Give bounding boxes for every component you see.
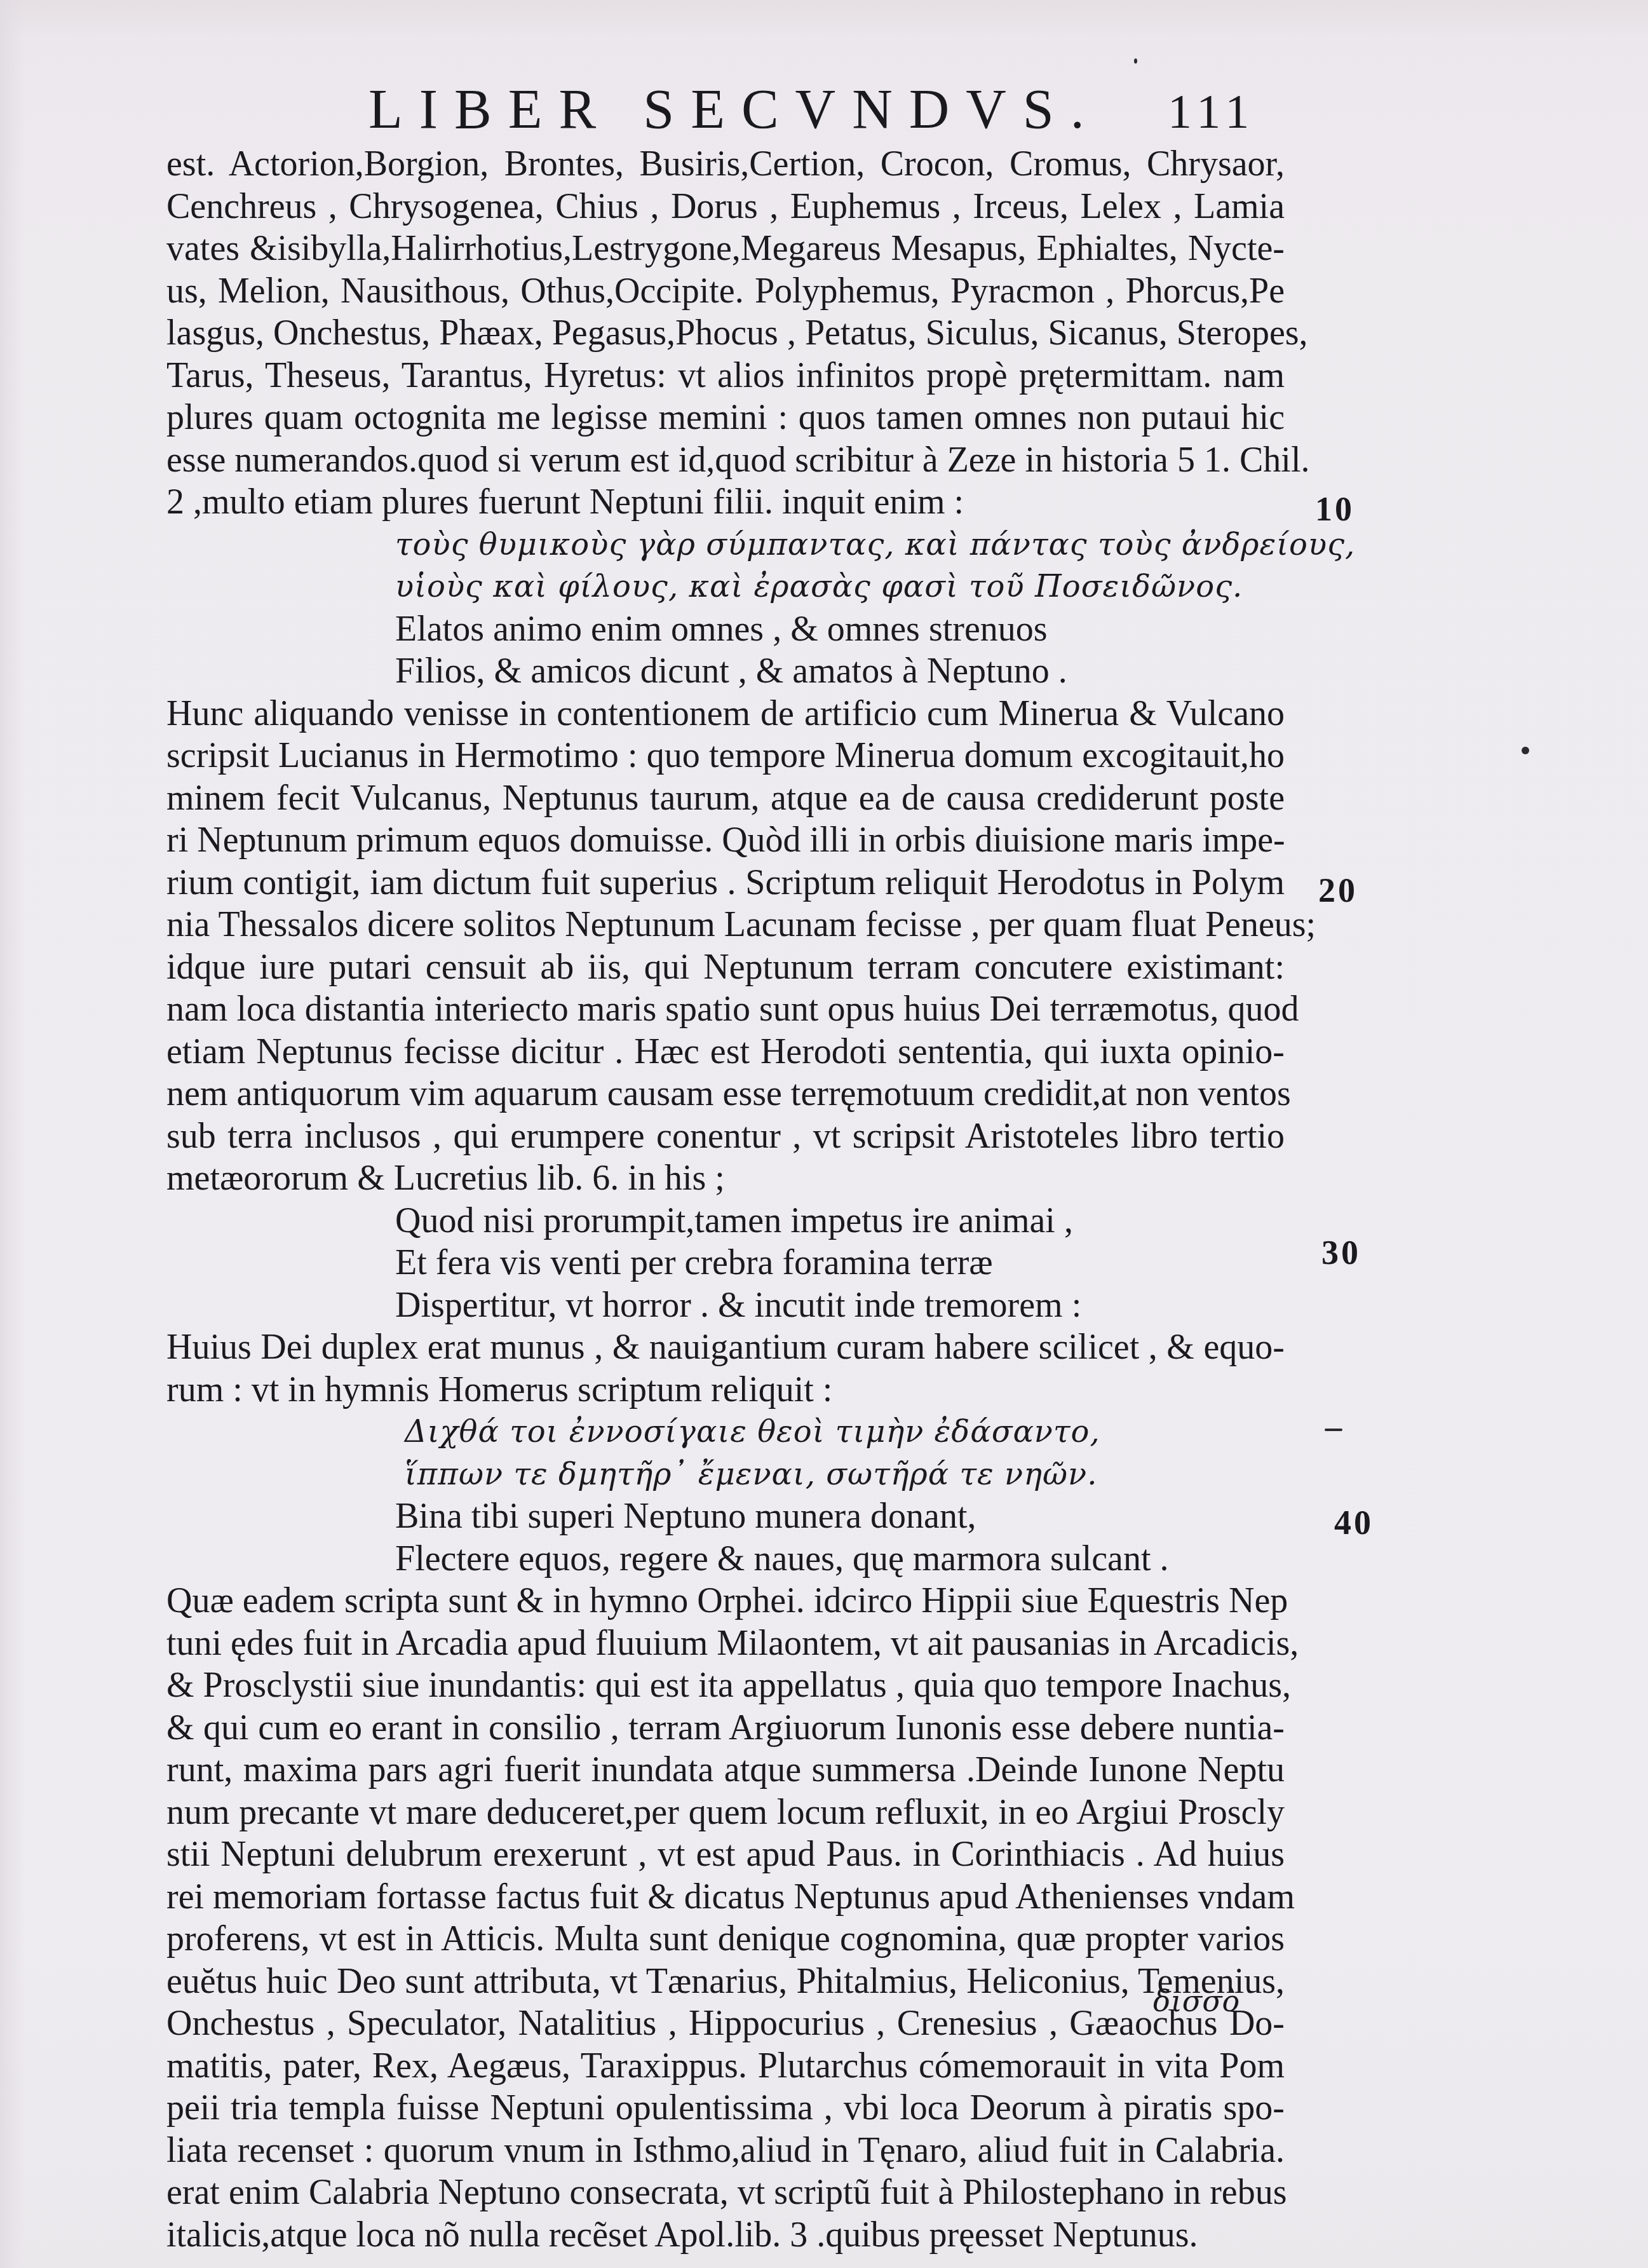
text-line: Quæ eadem scripta sunt & in hymno Orphei… (166, 1580, 1285, 1622)
page-number: 111 (1168, 80, 1255, 144)
text-line: Huius Dei duplex erat munus , & nauigant… (166, 1326, 1285, 1369)
text-line: metæororum & Lucretius lib. 6. in his ; (166, 1157, 1285, 1200)
text-line: nam loca distantia interiecto maris spat… (166, 988, 1285, 1031)
text-line: & qui cum eo erant in consilio , terram … (166, 1707, 1285, 1749)
text-line: num precante vt mare deduceret,per quem … (166, 1791, 1285, 1834)
text-line: peii tria templa fuisse Neptuni opulenti… (166, 2087, 1285, 2129)
ink-speck (1522, 747, 1529, 754)
text-line: Et fera vis venti per crebra foramina te… (166, 1242, 1285, 1284)
text-line: matitis, pater, Rex, Aegæus, Taraxippus.… (166, 2045, 1285, 2088)
text-line: Διχθά τοι ἐννοσίγαιε θεοὶ τιμὴν ἐδάσαντο… (166, 1411, 1285, 1453)
text-line: sub terra inclusos , qui erumpere conent… (166, 1115, 1285, 1158)
text-line: esse numerandos.quod si verum est id,quo… (166, 439, 1285, 482)
text-line: nem antiquorum vim aquarum causam esse t… (166, 1073, 1285, 1115)
text-line: euĕtus huic Deo sunt attributa, vt Tænar… (166, 1960, 1285, 2003)
text-line: Elatos animo enim omnes , & omnes strenu… (166, 608, 1285, 651)
text-line: ri Neptunum primum equos domuisse. Quòd … (166, 819, 1285, 862)
text-line: Cenchreus , Chrysogenea, Chius , Dorus ,… (166, 186, 1285, 228)
text-line: nia Thessalos dicere solitos Neptunum La… (166, 904, 1285, 946)
text-line: vates &isibylla,Halirrhotius,Lestrygone,… (166, 227, 1285, 270)
text-line: Hunc aliquando venisse in contentionem d… (166, 693, 1285, 735)
text-line: us, Melion, Nausithous, Othus,Occipite. … (166, 270, 1285, 313)
margin-line-number: 40 (1334, 1503, 1374, 1542)
text-line: plures quam octognita me legisse memini … (166, 397, 1285, 439)
text-line: etiam Neptunus fecisse dicitur . Hæc est… (166, 1031, 1285, 1073)
text-line: rei memoriam fortasse factus fuit & dica… (166, 1876, 1285, 1918)
text-line: 2 ,multo etiam plures fuerunt Neptuni fi… (166, 481, 1285, 524)
text-line: scripsit Lucianus in Hermotimo : quo tem… (166, 735, 1285, 777)
text-line: stii Neptuni delubrum erexerunt , vt est… (166, 1833, 1285, 1876)
text-line: Flectere equos, regere & naues, quę marm… (166, 1538, 1285, 1580)
text-line: Filios, & amicos dicunt , & amatos à Nep… (166, 650, 1285, 693)
margin-line-number: 30 (1321, 1233, 1361, 1272)
ink-speck (1134, 58, 1137, 64)
book-page: LIBER SECVNDVS. 111 est. Actorion,Borgio… (0, 0, 1648, 2268)
margin-line-number: 20 (1318, 871, 1358, 910)
text-line: italicis,atque loca nõ nulla recẽset Apo… (166, 2214, 1285, 2257)
ink-mark (1325, 1429, 1342, 1431)
margin-line-number: 10 (1315, 489, 1354, 529)
text-line: rum : vt in hymnis Homerus scriptum reli… (166, 1369, 1285, 1411)
text-line: & Prosclystii siue inundantis: qui est i… (166, 1664, 1285, 1707)
text-line: liata recenset : quorum vnum in Isthmo,a… (166, 2129, 1285, 2172)
catchword: δισσὸ (1153, 1984, 1239, 2018)
text-line: idque iure putari censuit ab iis, qui Ne… (166, 946, 1285, 989)
text-line: est. Actorion,Borgion, Brontes, Busiris,… (166, 143, 1285, 186)
text-line: proferens, vt est in Atticis. Multa sunt… (166, 1918, 1285, 1960)
text-line: minem fecit Vulcanus, Neptunus taurum, a… (166, 777, 1285, 820)
text-line: erat enim Calabria Neptuno consecrata, v… (166, 2171, 1285, 2214)
text-line: runt, maxima pars agri fuerit inundata a… (166, 1749, 1285, 1791)
page-edge-shadow (0, 0, 25, 2268)
text-line: rium contigit, iam dictum fuit superius … (166, 862, 1285, 904)
text-line: υἱοὺς καὶ φίλους, καὶ ἐρασὰς φασὶ τοῦ Πο… (166, 566, 1285, 608)
text-line: Onchestus , Speculator, Natalitius , Hip… (166, 2002, 1285, 2045)
text-line: τοὺς θυμικοὺς γὰρ σύμπαντας, καὶ πάντας … (166, 524, 1285, 566)
text-line: lasgus, Onchestus, Phæax, Pegasus,Phocus… (166, 312, 1285, 355)
body-text: est. Actorion,Borgion, Brontes, Busiris,… (166, 143, 1285, 2256)
text-line: Quod nisi prorumpit,tamen impetus ire an… (166, 1200, 1285, 1242)
text-line: Bina tibi superi Neptuno munera donant, (166, 1495, 1285, 1538)
text-line: ἵππων τε δμητῆρ᾽ ἔμεναι, σωτῆρά τε νηῶν. (166, 1453, 1285, 1496)
text-line: tuni ędes fuit in Arcadia apud fluuium M… (166, 1622, 1285, 1665)
text-line: Dispertitur, vt horror . & incutit inde … (166, 1284, 1285, 1327)
text-line: Tarus, Theseus, Tarantus, Hyretus: vt al… (166, 355, 1285, 397)
running-title: LIBER SECVNDVS. (368, 75, 1258, 145)
